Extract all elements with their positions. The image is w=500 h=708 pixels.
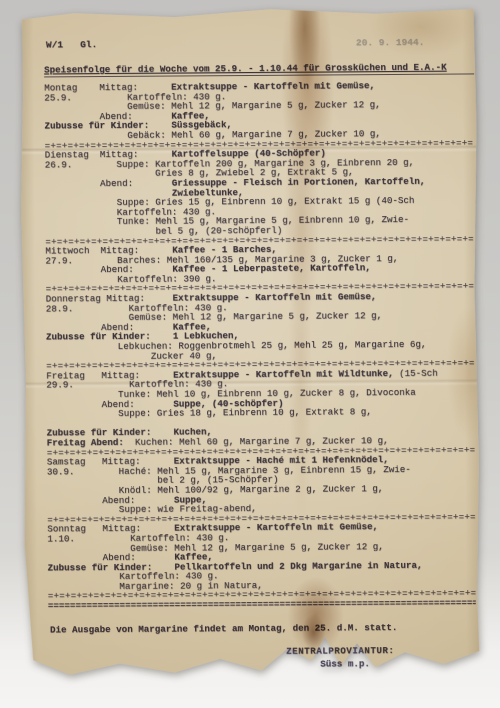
issuing-office: ZENTRALPROVIANTUR:	[286, 645, 394, 657]
reference-code: W/1 Gl.	[46, 39, 97, 50]
photo-background: { "meta": { "ref": "W/1 Gl.", "date_stam…	[0, 0, 500, 708]
signature: Süss m.p.	[320, 658, 370, 669]
menu-lines-container: Montag Mittag: Extraktsuppe - Kartoffeln…	[44, 80, 476, 677]
date-stamp: 20. 9. 1944.	[356, 37, 424, 48]
rule-line: ========================================…	[48, 598, 476, 611]
document-page: W/1 Gl. 20. 9. 1944. Speisenfolge für di…	[20, 6, 481, 677]
document-title: Speisenfolge für die Woche vom 25.9. - 1…	[44, 61, 474, 77]
typewritten-document: W/1 Gl. 20. 9. 1944. Speisenfolge für di…	[20, 6, 481, 677]
